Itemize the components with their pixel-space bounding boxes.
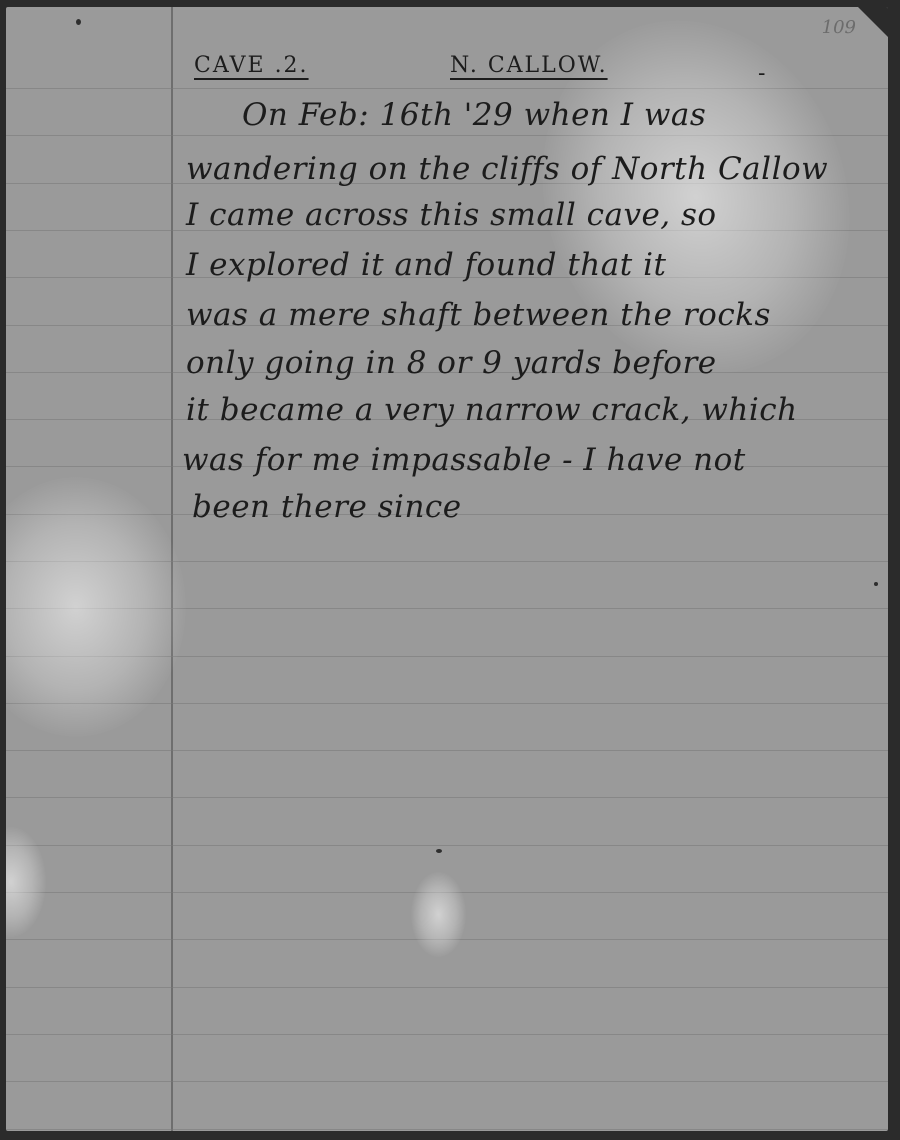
body-line-3: I came across this small cave, so xyxy=(186,197,717,233)
body-line-4: I explored it and found that it xyxy=(186,247,666,283)
heading-mark: - xyxy=(758,61,767,86)
body-line-1: On Feb: 16th '29 when I was xyxy=(242,97,706,133)
body-line-9: been there since xyxy=(192,489,462,525)
body-line-8: was for me impassable - I have not xyxy=(182,442,746,478)
ink-dot xyxy=(436,849,442,853)
body-line-6: only going in 8 or 9 yards before xyxy=(186,345,717,381)
page-number: 109 xyxy=(822,17,856,38)
heading-cave: CAVE .2. xyxy=(194,53,309,78)
notebook-page: 109 CAVE .2. N. CALLOW. - On Feb: 16th '… xyxy=(6,7,888,1131)
heading-location: N. CALLOW. xyxy=(450,53,608,78)
ink-dot xyxy=(874,582,878,586)
body-line-5: was a mere shaft between the rocks xyxy=(186,297,771,333)
ink-dot xyxy=(76,19,81,25)
body-line-7: it became a very narrow crack, which xyxy=(186,392,798,428)
handwritten-entry: 109 CAVE .2. N. CALLOW. - On Feb: 16th '… xyxy=(6,7,888,1131)
body-line-2: wandering on the cliffs of North Callow xyxy=(186,151,828,187)
